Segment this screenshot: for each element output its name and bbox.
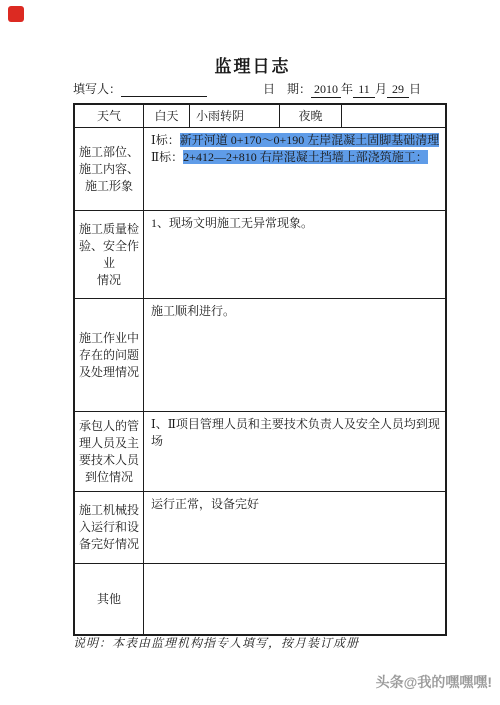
line-1-prefix: Ⅰ标： (151, 133, 180, 147)
row-label-quality-safety: 施工质量检 验、安全作业 情况 (75, 211, 144, 298)
table-row-contractor-personnel: 承包人的管 理人员及主 要技术人员 到位情况 Ⅰ、Ⅱ项目管理人员和主要技术负责人… (75, 412, 445, 492)
weather-label-cell: 天气 (75, 105, 144, 127)
month-unit: 月 (375, 82, 387, 96)
row-label-machinery-equipment: 施工机械投 入运行和设 备完好情况 (75, 492, 144, 563)
supervision-log-table: 天气 白天 小雨转阴 夜晚 施工部位、 施工内容、 施工形象 Ⅰ标：新开河道 0… (73, 103, 447, 636)
content-line-1: Ⅰ标：新开河道 0+170～0+190 左岸混凝土固脚基础清理 (151, 132, 443, 149)
table-row-construction-section: 施工部位、 施工内容、 施工形象 Ⅰ标：新开河道 0+170～0+190 左岸混… (75, 128, 445, 211)
row-content-contractor-personnel: Ⅰ、Ⅱ项目管理人员和主要技术负责人及安全人员均到现场 (144, 412, 445, 491)
date-line: 日 期：2010年11月29日 (263, 80, 421, 98)
line-1-highlighted-text: 新开河道 0+170～0+190 左岸混凝土固脚基础清理 (180, 133, 440, 147)
date-label: 日 期： (263, 82, 311, 96)
day-unit: 日 (409, 82, 421, 96)
date-month-value: 11 (353, 82, 375, 98)
table-row-problems-handling: 施工作业中 存在的问题 及处理情况 施工顺利进行。 (75, 299, 445, 412)
row-content-problems-handling: 施工顺利进行。 (144, 299, 445, 411)
row-content-machinery-equipment: 运行正常，设备完好 (144, 492, 445, 563)
table-row-quality-safety: 施工质量检 验、安全作业 情况 1、现场文明施工无异常现象。 (75, 211, 445, 299)
date-day-value: 29 (387, 82, 409, 98)
line-2-highlighted-text: 2+412—2+810 右岸混凝土挡墙上部浇筑施工： (183, 150, 428, 164)
row-label-contractor-personnel: 承包人的管 理人员及主 要技术人员 到位情况 (75, 412, 144, 491)
toutiao-logo-icon (8, 6, 24, 22)
row-label-other: 其他 (75, 564, 144, 634)
table-row-machinery-equipment: 施工机械投 入运行和设 备完好情况 运行正常，设备完好 (75, 492, 445, 564)
date-year-value: 2010 (311, 82, 341, 98)
weather-row: 天气 白天 小雨转阴 夜晚 (75, 105, 445, 128)
page-title: 监理日志 (0, 52, 500, 77)
row-label-construction-section: 施工部位、 施工内容、 施工形象 (75, 128, 144, 210)
filler-label: 填写人： (73, 82, 121, 96)
weather-night-label-cell: 夜晚 (280, 105, 342, 127)
filler-blank-field (121, 84, 207, 97)
weather-day-label-cell: 白天 (144, 105, 190, 127)
footer-note: 说明：本表由监理机构指专人填写，按月装订成册 (73, 634, 359, 651)
row-label-problems-handling: 施工作业中 存在的问题 及处理情况 (75, 299, 144, 411)
year-unit: 年 (341, 82, 353, 96)
row-content-quality-safety: 1、现场文明施工无异常现象。 (144, 211, 445, 298)
row-content-other (144, 564, 445, 634)
weather-night-value-cell (342, 105, 445, 127)
watermark-text: 头条@我的嘿嘿嘿! (376, 672, 492, 692)
weather-day-value-cell: 小雨转阴 (190, 105, 280, 127)
content-line-2: Ⅱ标：2+412—2+810 右岸混凝土挡墙上部浇筑施工： (151, 149, 443, 166)
row-content-construction-section: Ⅰ标：新开河道 0+170～0+190 左岸混凝土固脚基础清理 Ⅱ标：2+412… (144, 128, 445, 210)
table-row-other: 其他 (75, 564, 445, 634)
line-2-prefix: Ⅱ标： (151, 150, 183, 164)
filler-line: 填写人： (73, 80, 207, 97)
